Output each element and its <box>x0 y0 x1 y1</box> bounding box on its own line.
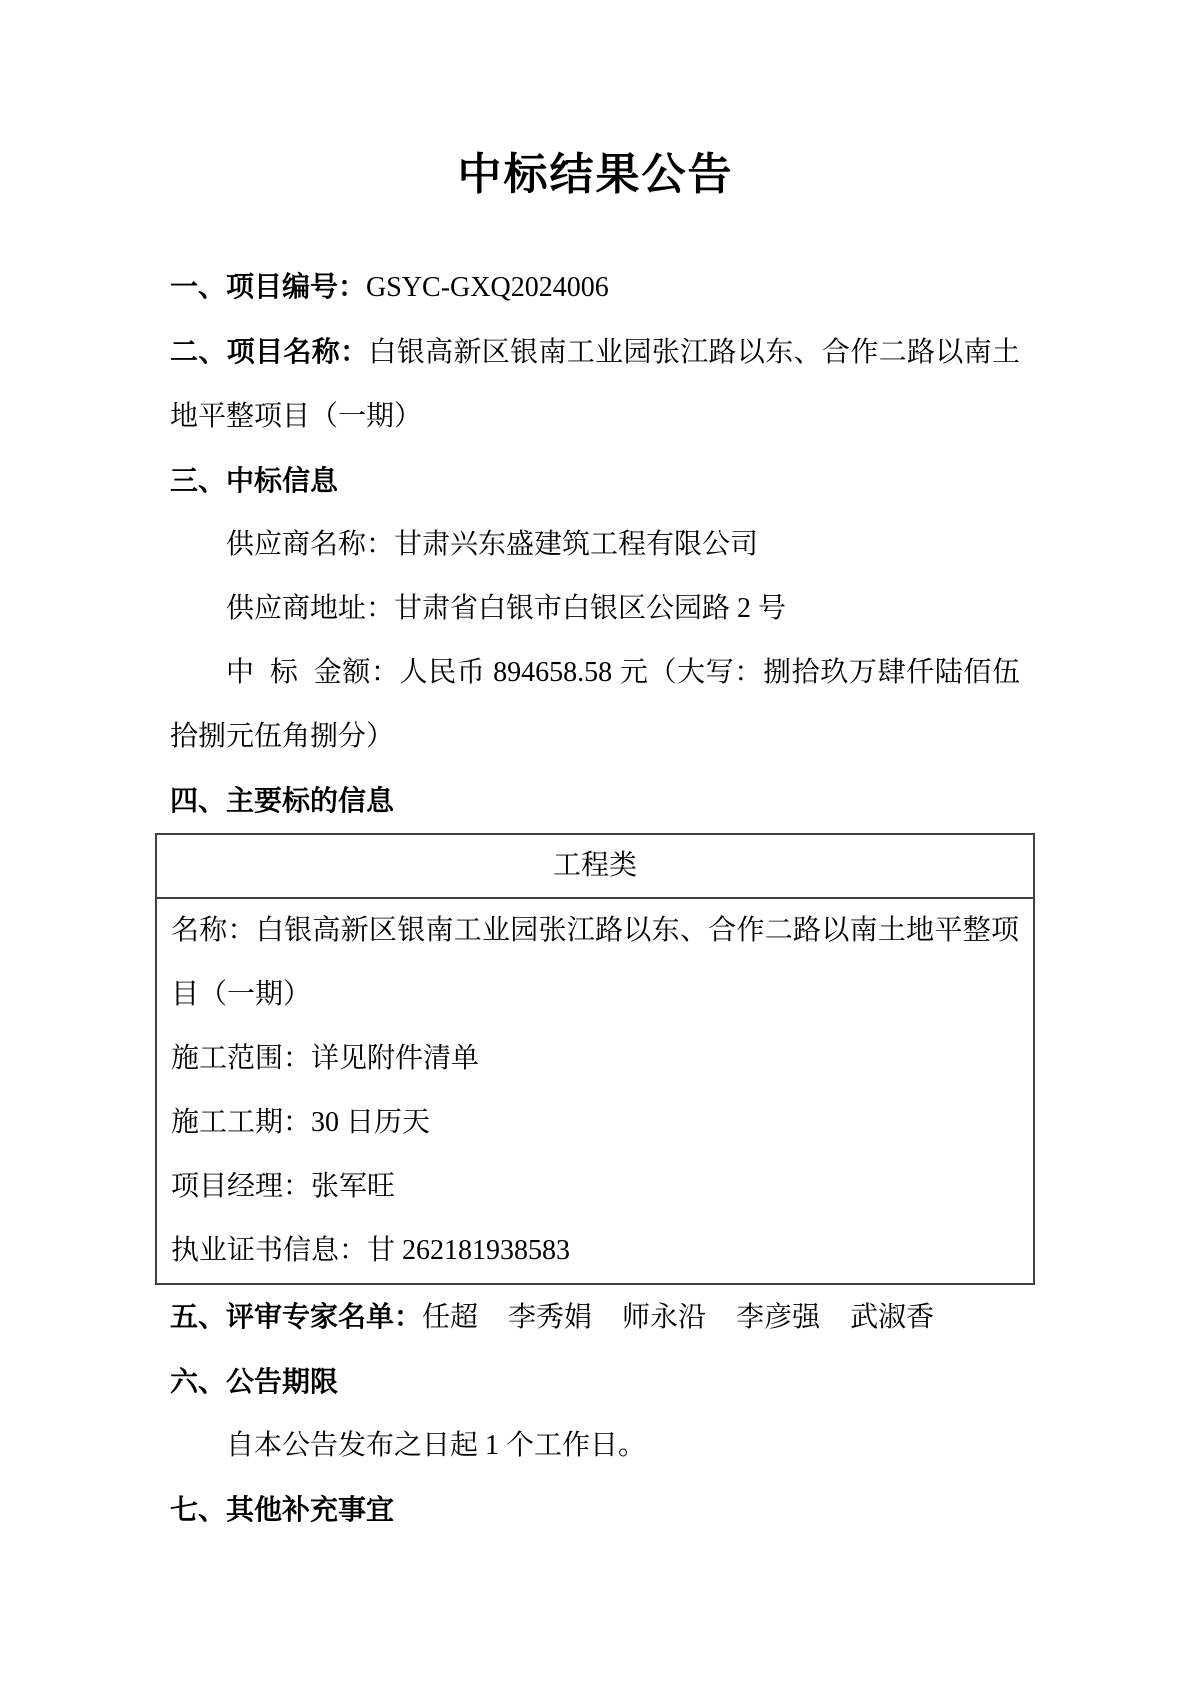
document-page: 中标结果公告 一、项目编号：GSYC-GXQ2024006 二、项目名称：白银高… <box>0 0 1191 1684</box>
subject-table-header-cell: 工程类 <box>156 834 1034 898</box>
subject-table: 工程类 名称：白银高新区银南工业园张江路以东、合作二路以南土地平整项目（一期） … <box>155 833 1035 1285</box>
project-manager-line: 项目经理：张军旺 <box>171 1155 1019 1219</box>
expert-name: 师永沿 <box>622 1302 706 1333</box>
section-experts-line: 五、评审专家名单：任超李秀娟师永沿李彦强武淑香 <box>170 1285 1020 1350</box>
expert-name: 李秀娟 <box>508 1302 592 1333</box>
project-name-label: 二、项目名称： <box>170 336 368 367</box>
subject-name-line: 名称：白银高新区银南工业园张江路以东、合作二路以南土地平整项目（一期） <box>171 899 1019 1027</box>
section-other-heading: 七、其他补充事宜 <box>170 1478 1020 1542</box>
project-number-value: GSYC-GXQ2024006 <box>366 272 609 303</box>
section-subject-info-heading: 四、主要标的信息 <box>170 769 1020 833</box>
subject-table-header-row: 工程类 <box>156 834 1034 898</box>
section-award-info-heading: 三、中标信息 <box>170 449 1020 513</box>
supplier-name-value: 甘肃兴东盛建筑工程有限公司 <box>394 529 758 560</box>
supplier-address-label: 供应商地址： <box>226 593 394 624</box>
supplier-address-value: 甘肃省白银市白银区公园路 2 号 <box>394 593 786 624</box>
award-amount-label: 中 标 金额： <box>226 657 400 688</box>
notice-period-body: 自本公告发布之日起 1 个工作日。 <box>170 1414 1020 1478</box>
expert-name: 任超 <box>422 1302 478 1333</box>
expert-name: 李彦强 <box>736 1302 820 1333</box>
subject-table-body-row: 名称：白银高新区银南工业园张江路以东、合作二路以南土地平整项目（一期） 施工范围… <box>156 898 1034 1284</box>
project-number-label: 一、项目编号： <box>170 271 366 302</box>
subject-table-body-cell: 名称：白银高新区银南工业园张江路以东、合作二路以南土地平整项目（一期） 施工范围… <box>156 898 1034 1284</box>
supplier-name-label: 供应商名称： <box>226 529 394 560</box>
construction-scope-line: 施工范围：详见附件清单 <box>171 1027 1019 1091</box>
construction-duration-line: 施工工期：30 日历天 <box>171 1091 1019 1155</box>
expert-name: 武淑香 <box>850 1302 934 1333</box>
supplier-name-line: 供应商名称：甘肃兴东盛建筑工程有限公司 <box>170 513 1020 577</box>
section-notice-period-heading: 六、公告期限 <box>170 1350 1020 1414</box>
section-project-number: 一、项目编号：GSYC-GXQ2024006 <box>170 255 1020 320</box>
license-info-line: 执业证书信息：甘 262181938583 <box>171 1219 1019 1283</box>
supplier-address-line: 供应商地址：甘肃省白银市白银区公园路 2 号 <box>170 577 1020 641</box>
award-amount-line: 中 标 金额：人民币 894658.58 元（大写：捌拾玖万肆仟陆佰伍拾捌元伍角… <box>170 641 1020 769</box>
document-title: 中标结果公告 <box>0 145 1191 205</box>
experts-label: 五、评审专家名单： <box>170 1301 422 1332</box>
document-body: 一、项目编号：GSYC-GXQ2024006 二、项目名称：白银高新区银南工业园… <box>170 255 1020 1542</box>
section-project-name: 二、项目名称：白银高新区银南工业园张江路以东、合作二路以南土地平整项目（一期） <box>170 320 1020 449</box>
